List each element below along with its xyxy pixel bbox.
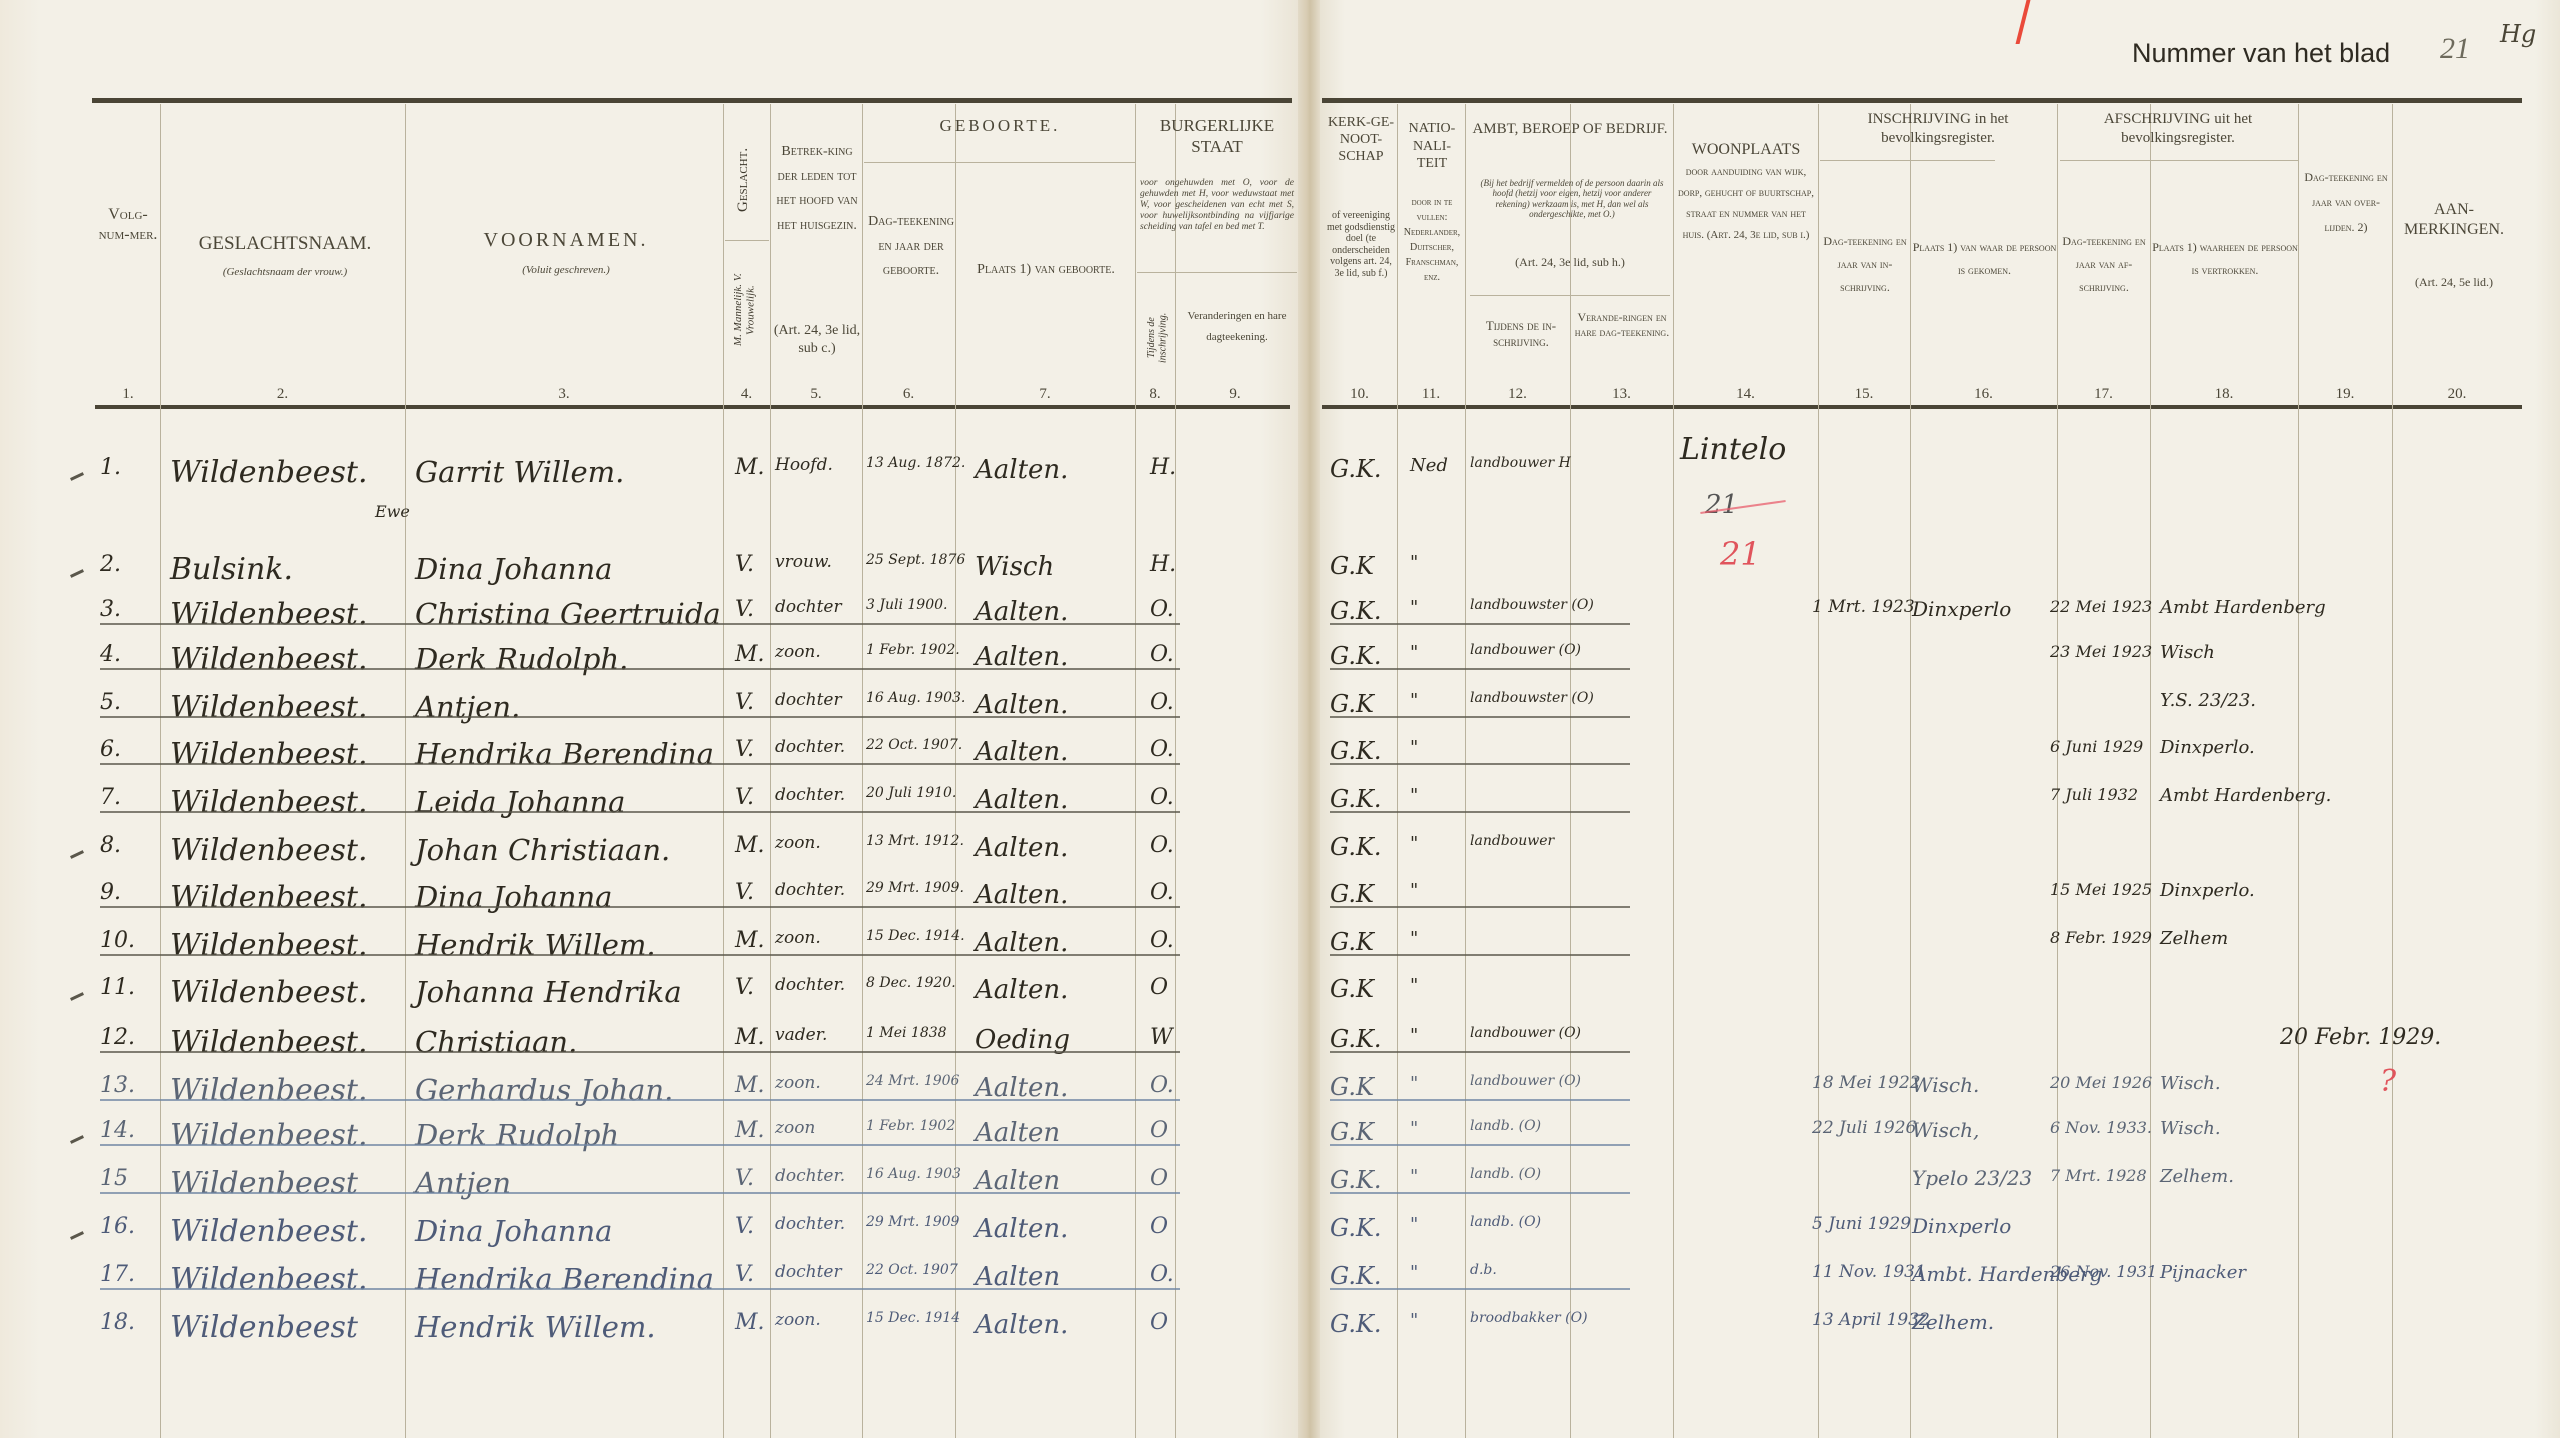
col-18-header: Plaats 1) waarheen de persoon is vertrok… bbox=[2152, 236, 2298, 282]
cell-betrekking: zoon. bbox=[775, 1310, 821, 1330]
cell-betrekking: dochter. bbox=[775, 880, 845, 900]
cell-inschrijving-datum: 11 Nov. 1931 bbox=[1812, 1262, 1926, 1282]
row-strikethrough-right bbox=[1330, 1051, 1630, 1053]
cell-afschrijving-datum: 15 Mei 1925 bbox=[2050, 880, 2152, 899]
col-2-subheader: (Geslachtsnaam der vrouw.) bbox=[165, 266, 405, 279]
cell-staat: O. bbox=[1150, 1262, 1174, 1287]
cell-geboortedatum: 25 Sept. 1876 bbox=[866, 552, 965, 568]
cell-nr: 16. bbox=[100, 1214, 135, 1239]
col-num-16: 16. bbox=[1910, 386, 2057, 403]
woonplaats-place: Lintelo bbox=[1680, 432, 1786, 467]
cell-beroep: landb. (O) bbox=[1470, 1166, 1541, 1182]
cell-kerk: G.K. bbox=[1330, 642, 1382, 670]
row-strikethrough-right bbox=[1330, 763, 1630, 765]
cell-geslacht: M. bbox=[735, 1073, 765, 1098]
cell-geboortedatum: 16 Aug. 1903. bbox=[866, 690, 965, 706]
cell-afschrijving-datum: 8 Febr. 1929 bbox=[2050, 928, 2152, 947]
cell-nationaliteit: " bbox=[1410, 880, 1418, 901]
row-strikethrough bbox=[100, 716, 1180, 718]
burgerlijke-staat-note: voor ongehuwden met O, voor de gehuwden … bbox=[1140, 178, 1294, 233]
cell-voornamen: Derk Rudolph. bbox=[415, 642, 628, 676]
row-strikethrough bbox=[100, 1099, 1180, 1101]
col-num-6: 6. bbox=[862, 386, 955, 403]
col-15-header: Dag-teekening en jaar van in-schrijving. bbox=[1820, 230, 1910, 298]
cell-betrekking: vader. bbox=[775, 1025, 827, 1045]
cell-nr: 7. bbox=[100, 785, 121, 810]
cell-staat: O bbox=[1150, 1310, 1168, 1335]
cell-inschrijving-plaats: Wisch, bbox=[1912, 1118, 1979, 1142]
sheet-number-label: Nummer van het blad bbox=[2132, 38, 2390, 69]
cell-nationaliteit: " bbox=[1410, 1025, 1418, 1046]
row-strikethrough bbox=[100, 1288, 1180, 1290]
cell-staat: O. bbox=[1150, 833, 1174, 858]
col-13-header: Verande-ringen en hare dag-teekening. bbox=[1573, 310, 1671, 340]
cell-betrekking: dochter. bbox=[775, 1166, 845, 1186]
cell-nationaliteit: " bbox=[1410, 1073, 1418, 1094]
cell-geboorteplaats: Aalten. bbox=[975, 455, 1068, 485]
row-strikethrough-right bbox=[1330, 811, 1630, 813]
cell-voornamen: Christina Geertruida bbox=[415, 597, 721, 631]
cell-geslacht: V. bbox=[735, 597, 754, 622]
cell-nr: 3. bbox=[100, 597, 121, 622]
row-strikethrough-right bbox=[1330, 1288, 1630, 1290]
cell-nr: 8. bbox=[100, 833, 121, 858]
cell-geboortedatum: 29 Mrt. 1909 bbox=[866, 1214, 959, 1230]
cell-betrekking: dochter. bbox=[775, 1214, 845, 1234]
cell-inschrijving-datum: 22 Juli 1926 bbox=[1812, 1118, 1916, 1138]
cell-geslacht: V. bbox=[735, 737, 754, 762]
cell-geboortedatum: 15 Dec. 1914 bbox=[866, 1310, 960, 1326]
cell-achternaam: Wildenbeest. bbox=[170, 1214, 367, 1249]
cell-nationaliteit: Ned bbox=[1410, 455, 1448, 476]
cell-nationaliteit: " bbox=[1410, 690, 1418, 711]
cell-geboortedatum: 15 Dec. 1914. bbox=[866, 928, 965, 944]
col-14-subheader: door aanduiding van wijk, dorp, gehucht … bbox=[1677, 162, 1815, 246]
cell-geslacht: V. bbox=[735, 552, 754, 577]
cell-kerk: G.K. bbox=[1330, 1166, 1382, 1194]
cell-afschrijving-plaats: Wisch bbox=[2160, 642, 2215, 663]
cell-nr: 12. bbox=[100, 1025, 135, 1050]
afschrijving-group-header: AFSCHRIJVING uit het bevolkingsregister. bbox=[2059, 110, 2297, 148]
col-num-7: 7. bbox=[955, 386, 1135, 403]
cell-afschrijving-plaats: Ambt Hardenberg bbox=[2160, 597, 2326, 618]
cell-voornamen: Gerhardus Johan. bbox=[415, 1073, 673, 1107]
cell-achternaam: Wildenbeest. bbox=[170, 833, 367, 868]
cell-betrekking: zoon. bbox=[775, 642, 821, 662]
cell-afschrijving-plaats: Y.S. 23/23. bbox=[2160, 690, 2256, 711]
col-20-header: AAN-MERKINGEN. bbox=[2394, 200, 2514, 240]
col-7-header: Plaats 1) van geboorte. bbox=[958, 258, 1134, 283]
cell-staat: O. bbox=[1150, 785, 1174, 810]
cell-kerk: G.K bbox=[1330, 1073, 1374, 1101]
cell-kerk: G.K bbox=[1330, 928, 1374, 956]
col-num-4: 4. bbox=[723, 386, 770, 403]
cell-inschrijving-plaats: Dinxperlo bbox=[1912, 597, 2011, 621]
cell-nationaliteit: " bbox=[1410, 597, 1418, 618]
row-strikethrough bbox=[100, 668, 1180, 670]
cell-inschrijving-plaats: Zelhem. bbox=[1912, 1310, 1994, 1334]
col-num-17: 17. bbox=[2057, 386, 2150, 403]
red-annotation-mark: ? bbox=[2380, 1064, 2396, 1099]
cell-staat: O bbox=[1150, 1166, 1168, 1191]
cell-beroep: landbouwer H bbox=[1470, 455, 1571, 471]
col-num-5: 5. bbox=[770, 386, 862, 403]
col-num-20: 20. bbox=[2392, 386, 2522, 403]
cell-achternaam: Wildenbeest. bbox=[170, 1118, 367, 1153]
cell-staat: W bbox=[1150, 1025, 1173, 1050]
col-20-subheader: (Art. 24, 5e lid.) bbox=[2394, 275, 2514, 290]
cell-afschrijving-plaats: Wisch. bbox=[2160, 1073, 2221, 1094]
row-strikethrough bbox=[100, 1144, 1180, 1146]
cell-voornamen: Hendrika Berendina bbox=[415, 1262, 714, 1296]
cell-achternaam: Wildenbeest. bbox=[170, 597, 367, 632]
cell-nationaliteit: " bbox=[1410, 785, 1418, 806]
cell-geslacht: V. bbox=[735, 690, 754, 715]
cell-inschrijving-datum: 18 Mei 1922 bbox=[1812, 1073, 1921, 1093]
cell-overlijden: 20 Febr. 1929. bbox=[2280, 1025, 2441, 1050]
cell-nationaliteit: " bbox=[1410, 975, 1418, 996]
col-num-19: 19. bbox=[2298, 386, 2392, 403]
row-strikethrough bbox=[100, 954, 1180, 956]
row-strikethrough-right bbox=[1330, 623, 1630, 625]
cell-geboortedatum: 1 Febr. 1902. bbox=[866, 642, 960, 658]
row-strikethrough-right bbox=[1330, 954, 1630, 956]
cell-achternaam: Wildenbeest. bbox=[170, 785, 367, 820]
col-17-header: Dag-teekening en jaar van af-schrijving. bbox=[2059, 230, 2149, 298]
cell-geboortedatum: 1 Mei 1838 bbox=[866, 1025, 947, 1041]
cell-nr: 15 bbox=[100, 1166, 128, 1191]
cell-afschrijving-plaats: Dinxperlo. bbox=[2160, 737, 2255, 758]
cell-nationaliteit: " bbox=[1410, 1214, 1418, 1235]
col-19-header: Dag-teekening en jaar van over-lijden. 2… bbox=[2300, 165, 2392, 241]
cell-nr: 18. bbox=[100, 1310, 135, 1335]
cell-voornamen: Dina Johanna bbox=[415, 1214, 612, 1248]
cell-kerk: G.K bbox=[1330, 975, 1374, 1003]
cell-kerk: G.K. bbox=[1330, 785, 1382, 813]
cell-achternaam: Bulsink. bbox=[170, 552, 293, 587]
cell-kerk: G.K bbox=[1330, 880, 1374, 908]
cell-staat: O bbox=[1150, 975, 1168, 1000]
cell-afschrijving-datum: 23 Mei 1923 bbox=[2050, 642, 2152, 661]
cell-voornamen: Hendrik Willem. bbox=[415, 1310, 656, 1344]
cell-voornamen: Antjen bbox=[415, 1166, 511, 1200]
cell-afschrijving-datum: 22 Mei 1923 bbox=[2050, 597, 2152, 616]
cell-beroep: landbouwster (O) bbox=[1470, 690, 1594, 706]
cell-nr: 2. bbox=[100, 552, 121, 577]
cell-geboortedatum: 24 Mrt. 1906 bbox=[866, 1073, 959, 1089]
cell-geslacht: V. bbox=[735, 1262, 754, 1287]
cell-inschrijving-plaats: Dinxperlo bbox=[1912, 1214, 2011, 1238]
col-num-15: 15. bbox=[1818, 386, 1910, 403]
col-3-header: VOORNAMEN. bbox=[410, 228, 722, 253]
woonplaats-new-number: 21 bbox=[1720, 535, 1761, 573]
cell-geboortedatum: 22 Oct. 1907 bbox=[866, 1262, 958, 1278]
cell-kerk: G.K bbox=[1330, 690, 1374, 718]
cell-kerk: G.K bbox=[1330, 1118, 1374, 1146]
cell-voornamen: Hendrika Berendina bbox=[415, 737, 714, 771]
row-strikethrough bbox=[100, 763, 1180, 765]
row-strikethrough bbox=[100, 1051, 1180, 1053]
cell-geboorteplaats: Wisch bbox=[975, 552, 1054, 582]
cell-nationaliteit: " bbox=[1410, 552, 1418, 573]
col-10-header: KERK-GE-NOOT-SCHAP bbox=[1325, 115, 1397, 165]
cell-achternaam: Wildenbeest. bbox=[170, 880, 367, 915]
cell-nationaliteit: " bbox=[1410, 1166, 1418, 1187]
col-num-2: 2. bbox=[160, 386, 405, 403]
col-14-header: WOONPLAATS bbox=[1675, 140, 1817, 160]
col-11-header: NATIO-NALI-TEIT bbox=[1399, 120, 1465, 173]
col-4-subheader: M. Mannelijk. V. Vrouwelijk. bbox=[732, 250, 757, 370]
cell-nr: 4. bbox=[100, 642, 121, 667]
cell-afschrijving-datum: 6 Juni 1929 bbox=[2050, 737, 2143, 756]
cell-betrekking: Hoofd. bbox=[775, 455, 833, 475]
cell-nationaliteit: " bbox=[1410, 1262, 1418, 1283]
col-4-header: Geslacht. bbox=[735, 130, 752, 230]
cell-geboorteplaats: Aalten. bbox=[975, 1214, 1068, 1244]
top-rule-left bbox=[92, 98, 1292, 103]
cell-geboortedatum: 8 Dec. 1920. bbox=[866, 975, 956, 991]
cell-geboortedatum: 1 Febr. 1902 bbox=[866, 1118, 955, 1134]
header-rule-right bbox=[1322, 405, 2522, 409]
cell-afschrijving-plaats: Pijnacker bbox=[2160, 1262, 2246, 1283]
initials-annotation: Hg bbox=[2500, 20, 2536, 48]
cell-achternaam: Wildenbeest. bbox=[170, 1073, 367, 1108]
cell-nationaliteit: " bbox=[1410, 642, 1418, 663]
cell-achternaam: Wildenbeest. bbox=[170, 928, 367, 963]
col-11-subheader: door in te vullen: Nederlander, Duitsche… bbox=[1399, 195, 1465, 285]
cell-geslacht: V. bbox=[735, 975, 754, 1000]
col-num-18: 18. bbox=[2150, 386, 2298, 403]
beroep-note: (Bij het bedrijf vermelden of de persoon… bbox=[1478, 178, 1666, 219]
cell-nr: 9. bbox=[100, 880, 121, 905]
cell-kerk: G.K. bbox=[1330, 737, 1382, 765]
cell-betrekking: dochter bbox=[775, 597, 842, 617]
cell-voornamen: Derk Rudolph bbox=[415, 1118, 619, 1152]
col-12-header: Tijdens de in-schrijving. bbox=[1472, 318, 1570, 351]
cell-nr: 14. bbox=[100, 1118, 135, 1143]
cell-kerk: G.K. bbox=[1330, 833, 1382, 861]
row-strikethrough-right bbox=[1330, 906, 1630, 908]
col-10-subheader: of vereeniging met godsdienstig doel (te… bbox=[1325, 210, 1397, 279]
cell-achternaam: Wildenbeest. bbox=[170, 690, 367, 725]
cell-beroep: landb. (O) bbox=[1470, 1214, 1541, 1230]
cell-geslacht: V. bbox=[735, 1166, 754, 1191]
row-strikethrough bbox=[100, 811, 1180, 813]
cell-geslacht: M. bbox=[735, 455, 765, 480]
row-strikethrough bbox=[100, 906, 1180, 908]
cell-achternaam: Wildenbeest. bbox=[170, 642, 367, 677]
cell-nationaliteit: " bbox=[1410, 928, 1418, 949]
cell-staat: O. bbox=[1150, 1073, 1174, 1098]
cell-afschrijving-plaats: Ambt Hardenberg. bbox=[2160, 785, 2331, 806]
cell-voornamen: Garrit Willem. bbox=[415, 455, 624, 489]
book-gutter bbox=[1298, 0, 1320, 1438]
cell-afschrijving-plaats: Wisch. bbox=[2160, 1118, 2221, 1139]
col-8-header: Tijdens de inschrijving. bbox=[1146, 300, 1169, 375]
sheet-number: 21 bbox=[2440, 32, 2470, 66]
cell-beroep: landbouwer bbox=[1470, 833, 1554, 849]
cell-geslacht: M. bbox=[735, 642, 765, 667]
cell-betrekking: dochter. bbox=[775, 737, 845, 757]
cell-kerk: G.K. bbox=[1330, 455, 1382, 483]
cell-betrekking: zoon. bbox=[775, 928, 821, 948]
cell-afschrijving-plaats: Zelhem bbox=[2160, 928, 2228, 949]
cell-staat: O. bbox=[1150, 737, 1174, 762]
cell-nr: 5. bbox=[100, 690, 121, 715]
cell-afschrijving-plaats: Zelhem. bbox=[2160, 1166, 2234, 1187]
top-rule-right bbox=[1322, 98, 2522, 103]
cell-voornamen: Antjen. bbox=[415, 690, 520, 724]
cell-kerk: G.K. bbox=[1330, 1262, 1382, 1290]
cell-kerk: G.K. bbox=[1330, 1025, 1382, 1053]
col-num-11: 11. bbox=[1397, 386, 1465, 403]
geboorte-group-header: GEBOORTE. bbox=[865, 115, 1135, 136]
beroep-group-header: AMBT, BEROEP OF BEDRIJF. bbox=[1470, 120, 1670, 139]
cell-nr: 17. bbox=[100, 1262, 135, 1287]
cell-betrekking: dochter bbox=[775, 1262, 842, 1282]
cell-staat: O. bbox=[1150, 690, 1174, 715]
cell-beroep: landb. (O) bbox=[1470, 1118, 1541, 1134]
cell-nr: 11. bbox=[100, 975, 135, 1000]
cell-staat: O. bbox=[1150, 880, 1174, 905]
cell-afschrijving-datum: 20 Mei 1926 bbox=[2050, 1073, 2152, 1092]
cell-nationaliteit: " bbox=[1410, 1310, 1418, 1331]
cell-voornamen: Dina Johanna bbox=[415, 552, 612, 586]
cell-voornamen: Leida Johanna bbox=[415, 785, 625, 819]
cell-voornamen: Dina Johanna bbox=[415, 880, 612, 914]
cell-voornamen: Johan Christiaan. bbox=[415, 833, 670, 867]
cell-achternaam: Wildenbeest. bbox=[170, 737, 367, 772]
cell-geslacht: M. bbox=[735, 928, 765, 953]
col-5-subheader: (Art. 24, 3e lid, sub c.) bbox=[772, 322, 862, 357]
cell-achternaam: Wildenbeest. bbox=[170, 1025, 367, 1060]
col-num-3: 3. bbox=[405, 386, 723, 403]
cell-betrekking: dochter bbox=[775, 690, 842, 710]
cell-geboortedatum: 13 Aug. 1872. bbox=[866, 455, 965, 471]
col-num-1: 1. bbox=[95, 386, 161, 403]
cell-geboorteplaats: Aalten. bbox=[975, 833, 1068, 863]
row-strikethrough bbox=[100, 623, 1180, 625]
cell-beroep: landbouwer (O) bbox=[1470, 642, 1581, 658]
col-2-header: GESLACHTSNAAM. bbox=[165, 232, 405, 256]
cell-inschrijving-datum: 5 Juni 1929 bbox=[1812, 1214, 1911, 1234]
cell-geslacht: M. bbox=[735, 833, 765, 858]
cell-inschrijving-plaats: Ypelo 23/23 bbox=[1912, 1166, 2032, 1190]
col-5-header: Betrek-king der leden tot het hoofd van … bbox=[772, 140, 862, 238]
col-num-8: 8. bbox=[1135, 386, 1175, 403]
cell-kerk: G.K. bbox=[1330, 1214, 1382, 1242]
cell-geboortedatum: 22 Oct. 1907. bbox=[866, 737, 962, 753]
cell-nr: 1. bbox=[100, 455, 121, 480]
cell-beroep: landbouwer (O) bbox=[1470, 1025, 1581, 1041]
cell-beroep: d.b. bbox=[1470, 1262, 1497, 1278]
col-6-header: Dag-teekening en jaar der geboorte. bbox=[865, 210, 957, 284]
row-strikethrough-right bbox=[1330, 716, 1630, 718]
cell-kerk: G.K bbox=[1330, 552, 1374, 580]
cell-geboorteplaats: Aalten. bbox=[975, 1310, 1068, 1340]
row-strikethrough bbox=[100, 1192, 1180, 1194]
cell-staat: O. bbox=[1150, 597, 1174, 622]
cell-achternaam: Wildenbeest bbox=[170, 1166, 358, 1201]
cell-nationaliteit: " bbox=[1410, 737, 1418, 758]
row-strikethrough-right bbox=[1330, 1099, 1630, 1101]
inschrijving-group-header: INSCHRIJVING in het bevolkingsregister. bbox=[1820, 110, 2056, 148]
cell-kerk: G.K. bbox=[1330, 597, 1382, 625]
cell-staat: O bbox=[1150, 1214, 1168, 1239]
burgerlijke-staat-header: BURGERLIJKE STAAT bbox=[1137, 115, 1297, 158]
cell-geboortedatum: 20 Juli 1910. bbox=[866, 785, 956, 801]
cell-betrekking: zoon. bbox=[775, 1073, 821, 1093]
cell-betrekking: dochter. bbox=[775, 785, 845, 805]
col-9-header: Veranderingen en hare dagteekening. bbox=[1178, 306, 1296, 348]
cell-staat: O bbox=[1150, 1118, 1168, 1143]
cell-achternaam: Wildenbeest. bbox=[170, 975, 367, 1010]
cell-kerk: G.K. bbox=[1330, 1310, 1382, 1338]
cell-afschrijving-datum: 7 Mrt. 1928 bbox=[2050, 1166, 2147, 1185]
row-strikethrough-right bbox=[1330, 668, 1630, 670]
cell-nr: 6. bbox=[100, 737, 121, 762]
cell-nr: 10. bbox=[100, 928, 135, 953]
woonplaats-old-number: 21 bbox=[1705, 490, 1738, 520]
cell-nationaliteit: " bbox=[1410, 1118, 1418, 1139]
cell-geslacht: M. bbox=[735, 1118, 765, 1143]
cell-staat: O. bbox=[1150, 928, 1174, 953]
cell-inschrijving-plaats: Wisch. bbox=[1912, 1073, 1979, 1097]
cell-inschrijving-datum: 1 Mrt. 1923 bbox=[1812, 597, 1915, 617]
header-rule-left bbox=[95, 405, 1290, 409]
cell-geslacht: V. bbox=[735, 1214, 754, 1239]
cell-beroep: landbouwer (O) bbox=[1470, 1073, 1581, 1089]
col-3-subheader: (Voluit geschreven.) bbox=[410, 264, 722, 277]
row-strikethrough-right bbox=[1330, 1192, 1630, 1194]
cell-betrekking: zoon bbox=[775, 1118, 815, 1138]
col-num-12: 12. bbox=[1465, 386, 1570, 403]
cell-betrekking: dochter. bbox=[775, 975, 845, 995]
cell-prefix: Ewe bbox=[375, 502, 410, 521]
beroep-art: (Art. 24, 3e lid, sub h.) bbox=[1470, 255, 1670, 270]
cell-geboorteplaats: Aalten. bbox=[975, 975, 1068, 1005]
cell-geboortedatum: 16 Aug. 1903 bbox=[866, 1166, 961, 1182]
col-num-14: 14. bbox=[1673, 386, 1818, 403]
cell-afschrijving-datum: 6 Nov. 1933. bbox=[2050, 1118, 2152, 1137]
cell-geslacht: V. bbox=[735, 880, 754, 905]
cell-voornamen: Christiaan. bbox=[415, 1025, 577, 1059]
cell-betrekking: vrouw. bbox=[775, 552, 832, 572]
cell-geboortedatum: 29 Mrt. 1909. bbox=[866, 880, 964, 896]
cell-achternaam: Wildenbeest. bbox=[170, 455, 367, 490]
col-num-10: 10. bbox=[1322, 386, 1397, 403]
cell-afschrijving-datum: 7 Juli 1932 bbox=[2050, 785, 2138, 804]
col-num-9: 9. bbox=[1175, 386, 1295, 403]
cell-beroep: broodbakker (O) bbox=[1470, 1310, 1588, 1326]
col-num-13: 13. bbox=[1570, 386, 1673, 403]
cell-beroep: landbouwster (O) bbox=[1470, 597, 1594, 613]
cell-geslacht: V. bbox=[735, 785, 754, 810]
cell-geslacht: M. bbox=[735, 1310, 765, 1335]
col-16-header: Plaats 1) van waar de persoon is gekomen… bbox=[1912, 236, 2057, 282]
cell-afschrijving-datum: 26 Nov. 1931 bbox=[2050, 1262, 2157, 1281]
cell-staat: H. bbox=[1150, 552, 1176, 577]
cell-achternaam: Wildenbeest bbox=[170, 1310, 358, 1345]
cell-nationaliteit: " bbox=[1410, 833, 1418, 854]
cell-geslacht: M. bbox=[735, 1025, 765, 1050]
cell-voornamen: Johanna Hendrika bbox=[415, 975, 682, 1009]
cell-staat: H. bbox=[1150, 455, 1176, 480]
col-1-header: Volg-num-mer. bbox=[95, 205, 161, 245]
cell-betrekking: zoon. bbox=[775, 833, 821, 853]
cell-geboortedatum: 13 Mrt. 1912. bbox=[866, 833, 964, 849]
cell-achternaam: Wildenbeest. bbox=[170, 1262, 367, 1297]
